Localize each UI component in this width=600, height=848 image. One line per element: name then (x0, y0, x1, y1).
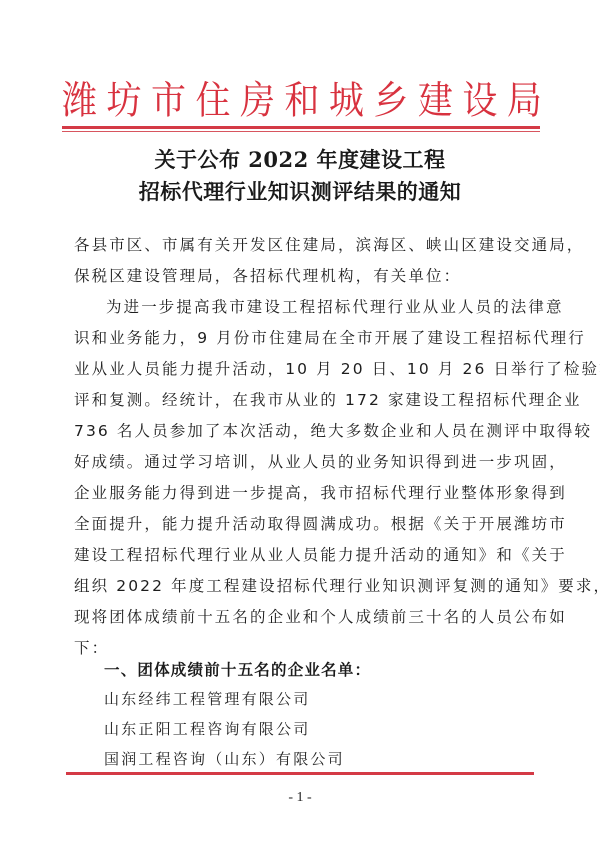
masthead-char: 房 (240, 71, 275, 126)
body-line: 企业服务能力得到进一步提高，我市招标代理行业整体形象得到 (74, 478, 532, 509)
page-number: - 1 - (0, 790, 600, 806)
header-red-rule (62, 126, 540, 129)
body-line: 全面提升，能力提升活动取得圆满成功。根据《关于开展潍坊市 (74, 509, 532, 540)
body-paragraph: 为进一步提高我市建设工程招标代理行业从业人员的法律意 识和业务能力，9 月份市住… (74, 292, 532, 664)
document-title-line2: 招标代理行业知识测评结果的通知 (0, 176, 600, 206)
company-list-item: 国润工程咨询（山东）有限公司 (104, 748, 345, 769)
body-line: 业从业人员能力提升活动，10 月 20 日、10 月 26 日举行了检验测 (74, 354, 532, 385)
masthead-char: 和 (284, 71, 319, 126)
masthead-char: 乡 (373, 71, 408, 126)
body-line: 评和复测。经统计，在我市从业的 172 家建设工程招标代理企业 (74, 385, 532, 416)
masthead-char: 城 (329, 71, 364, 126)
body-line: 好成绩。通过学习培训，从业人员的业务知识得到进一步巩固， (74, 447, 532, 478)
body-line: 为进一步提高我市建设工程招标代理行业从业人员的法律意 (74, 292, 532, 323)
document-title-line1: 关于公布 2022 年度建设工程 (0, 144, 600, 174)
body-line: 组织 2022 年度工程建设招标代理行业知识测评复测的通知》要求， (74, 571, 532, 602)
masthead-char: 建 (418, 71, 453, 126)
body-line: 现将团体成绩前十五名的企业和个人成绩前三十名的人员公布如 (74, 602, 532, 633)
section-heading-team-top15: 一、团体成绩前十五名的企业名单： (104, 658, 371, 680)
masthead-char: 设 (462, 71, 497, 126)
company-list-item: 山东正阳工程咨询有限公司 (104, 718, 310, 739)
addressee: 各县市区、市属有关开发区住建局，滨海区、峡山区建设交通局， 保税区建设管理局，各… (74, 230, 536, 292)
footer-red-rule (66, 772, 534, 775)
body-line: 736 名人员参加了本次活动，绝大多数企业和人员在测评中取得较 (74, 416, 532, 447)
body-line: 识和业务能力，9 月份市住建局在全市开展了建设工程招标代理行 (74, 323, 532, 354)
masthead-char: 局 (507, 71, 542, 126)
masthead-char: 潍 (62, 71, 97, 126)
addressee-line: 保税区建设管理局，各招标代理机构，有关单位： (74, 261, 536, 292)
masthead-char: 住 (195, 71, 230, 126)
body-line: 建设工程招标代理行业从业人员能力提升活动的通知》和《关于 (74, 540, 532, 571)
masthead-char: 坊 (106, 71, 141, 126)
addressee-line: 各县市区、市属有关开发区住建局，滨海区、峡山区建设交通局， (74, 230, 536, 261)
masthead-char: 市 (151, 71, 186, 126)
company-list-item: 山东经纬工程管理有限公司 (104, 688, 310, 709)
header-red-rule-thin (62, 131, 540, 132)
issuer-masthead: 潍 坊 市 住 房 和 城 乡 建 设 局 (62, 74, 542, 122)
